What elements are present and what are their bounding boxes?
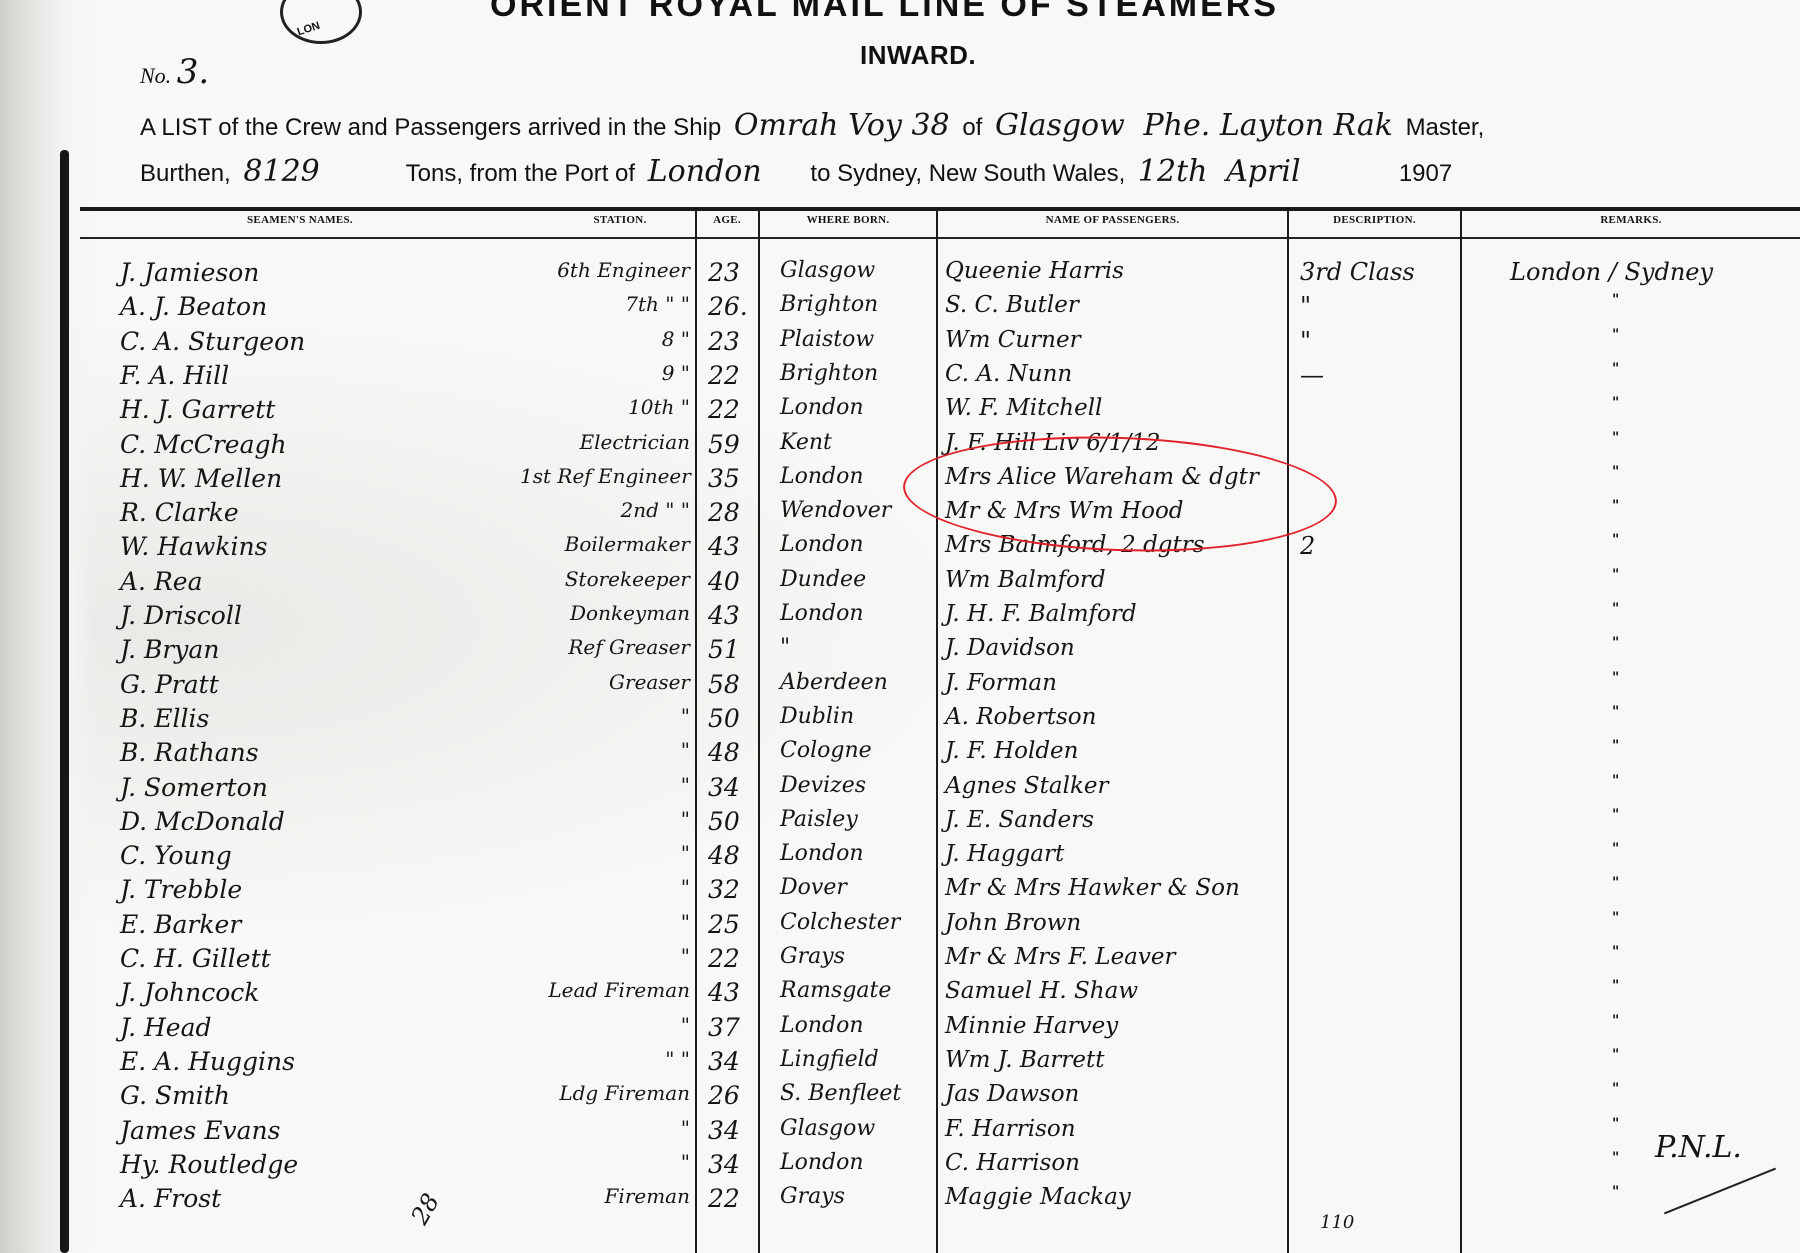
passenger-name-cell: Agnes Stalker [945,773,1108,799]
birthplace-cell: Brighton [780,361,878,386]
age-cell: 50 [708,704,740,733]
table-row: A. FrostFireman22GraysMaggie Mackay" [0,1184,1800,1216]
remarks-cell: " [1612,875,1619,891]
col-header-description: DESCRIPTION. [1289,214,1460,226]
station-cell: Fireman [520,1184,690,1208]
passenger-name-cell: A. Robertson [945,704,1096,730]
master-name: Phe. Layton Rak [1137,108,1398,143]
seaman-name-cell: James Evans [120,1116,280,1145]
seaman-name-cell: W. Hawkins [120,532,267,561]
age-cell: 34 [708,1150,740,1179]
age-cell: 50 [708,807,740,836]
seaman-name-cell: J. Trebble [120,875,242,904]
passenger-name-cell: Wm J. Barrett [945,1047,1105,1073]
direction-heading: INWARD. [860,40,976,71]
age-cell: 25 [708,910,740,939]
birthplace-cell: Glasgow [780,258,875,283]
col-header-station: STATION. [560,214,680,226]
seaman-name-cell: R. Clarke [120,498,239,527]
title-line-2: Burthen, 8129 Tons, from the Port of Lon… [140,154,1452,189]
seaman-name-cell: H. J. Garrett [120,395,275,424]
birthplace-cell: London [780,532,864,557]
table-row: H. W. Mellen1st Ref Engineer35LondonMrs … [0,464,1800,496]
remarks-cell: " [1612,601,1619,617]
birthplace-cell: London [780,601,864,626]
table-row: C. H. Gillett"22GraysMr & Mrs F. Leaver" [0,944,1800,976]
age-cell: 26. [708,292,748,321]
birthplace-cell: Ramsgate [780,978,891,1003]
col-header-passengers: NAME OF PASSENGERS. [938,214,1287,226]
age-cell: 43 [708,601,740,630]
remarks-cell: " [1612,807,1619,823]
passenger-name-cell: John Brown [945,910,1081,936]
passenger-name-cell: Minnie Harvey [945,1013,1118,1039]
age-cell: 28 [708,498,740,527]
remarks-cell: London / Sydney [1510,258,1713,286]
age-cell: 48 [708,738,740,767]
stamp-text: LON [296,20,322,39]
remarks-cell: " [1612,1081,1619,1097]
birthplace-cell: Lingfield [780,1047,879,1072]
age-cell: 51 [708,635,740,664]
passenger-name-cell: C. Harrison [945,1150,1080,1176]
seaman-name-cell: H. W. Mellen [120,464,282,493]
birthplace-cell: Cologne [780,738,872,763]
header-bottom-rule [80,237,1800,239]
number-label: No. [140,63,171,88]
table-row: R. Clarke2nd " "28WendoverMr & Mrs Wm Ho… [0,498,1800,530]
remarks-cell: " [1612,567,1619,583]
station-cell: " [520,1116,690,1140]
ship-name: Omrah Voy 38 [728,108,956,143]
passenger-name-cell: J. F. Holden [945,738,1078,764]
seaman-name-cell: B. Ellis [120,704,209,733]
birthplace-cell: Devizes [780,773,866,798]
remarks-cell: " [1612,430,1619,446]
station-cell: Electrician [520,430,690,454]
age-cell: 48 [708,841,740,870]
age-cell: 22 [708,1184,740,1213]
table-row: C. A. Sturgeon8 "23PlaistowWm Curner"" [0,327,1800,359]
table-row: J. Trebble"32DoverMr & Mrs Hawker & Son" [0,875,1800,907]
description-cell: 2 [1300,532,1315,560]
remarks-cell: " [1612,978,1619,994]
station-cell: " [520,910,690,934]
year: 1907 [1399,160,1452,187]
seaman-name-cell: A. Rea [120,567,202,596]
table-row: G. SmithLdg Fireman26S. BenfleetJas Daws… [0,1081,1800,1113]
birthplace-cell: Plaistow [780,327,874,352]
table-row: James Evans"34GlasgowF. Harrison" [0,1116,1800,1148]
table-row: C. Young"48LondonJ. Haggart" [0,841,1800,873]
seaman-name-cell: C. Young [120,841,232,870]
birthplace-cell: Dundee [780,567,866,592]
passenger-count-note: 110 [1320,1212,1354,1233]
passenger-name-cell: J. Haggart [945,841,1064,867]
remarks-cell: " [1612,498,1619,514]
seaman-name-cell: F. A. Hill [120,361,229,390]
remarks-cell: " [1612,464,1619,480]
remarks-cell: " [1612,1047,1619,1063]
birthplace-cell: Glasgow [780,1116,875,1141]
table-row: E. A. Huggins" "34LingfieldWm J. Barrett… [0,1047,1800,1079]
seaman-name-cell: D. McDonald [120,807,285,836]
birthplace-cell: " [780,635,790,660]
station-cell: " [520,704,690,728]
birthplace-cell: Wendover [780,498,891,523]
description-cell: " [1300,327,1311,355]
birthplace-cell: London [780,1013,864,1038]
station-cell: " [520,944,690,968]
signature-initials: P.N.L. [1655,1130,1742,1165]
passenger-name-cell: J. H. F. Balmford [945,601,1137,627]
age-cell: 34 [708,773,740,802]
office-stamp: LON [280,0,362,44]
age-cell: 58 [708,670,740,699]
remarks-cell: " [1612,361,1619,377]
remarks-cell: " [1612,1013,1619,1029]
remarks-cell: " [1612,327,1619,343]
station-cell: 7th " " [520,292,690,316]
age-cell: 37 [708,1013,740,1042]
seaman-name-cell: J. Jamieson [120,258,259,287]
birthplace-cell: Aberdeen [780,670,888,695]
seaman-name-cell: A. J. Beaton [120,292,267,321]
description-cell: 3rd Class [1300,258,1415,286]
of-label: of [962,114,982,141]
date-day: 12th [1132,154,1214,189]
birthplace-cell: S. Benfleet [780,1081,901,1106]
station-cell: Greaser [520,670,690,694]
remarks-cell: " [1612,635,1619,651]
seaman-name-cell: C. McCreagh [120,430,287,459]
table-row: W. HawkinsBoilermaker43LondonMrs Balmfor… [0,532,1800,564]
age-cell: 40 [708,567,740,596]
station-cell: 1st Ref Engineer [520,464,690,488]
station-cell: " [520,738,690,762]
birthplace-cell: Paisley [780,807,858,832]
remarks-cell: " [1612,1116,1619,1132]
passenger-name-cell: Samuel H. Shaw [945,978,1138,1004]
description-cell: — [1300,361,1324,389]
birthplace-cell: Grays [780,944,845,969]
station-cell: " " [520,1047,690,1071]
remarks-cell: " [1612,292,1619,308]
station-cell: Boilermaker [520,532,690,556]
station-cell: 8 " [520,327,690,351]
burthen-label: Burthen, [140,160,231,187]
table-row: J. Jamieson6th Engineer23GlasgowQueenie … [0,258,1800,290]
birthplace-cell: London [780,464,864,489]
remarks-cell: " [1612,670,1619,686]
seaman-name-cell: J. Bryan [120,635,219,664]
passenger-name-cell: J. Forman [945,670,1057,696]
station-cell: 9 " [520,361,690,385]
table-row: E. Barker"25ColchesterJohn Brown" [0,910,1800,942]
age-cell: 43 [708,532,740,561]
birthplace-cell: Dublin [780,704,854,729]
age-cell: 59 [708,430,740,459]
title-prefix: A LIST of the Crew and Passengers arrive… [140,114,721,141]
birthplace-cell: Grays [780,1184,845,1209]
station-cell: " [520,875,690,899]
remarks-cell: " [1612,944,1619,960]
seaman-name-cell: J. Driscoll [120,601,242,630]
age-cell: 43 [708,978,740,1007]
burthen-value: 8129 [237,154,399,189]
age-cell: 35 [708,464,740,493]
age-cell: 34 [708,1047,740,1076]
station-cell: " [520,1150,690,1174]
table-row: J. Somerton"34DevizesAgnes Stalker" [0,773,1800,805]
station-cell: Storekeeper [520,567,690,591]
passenger-name-cell: W. F. Mitchell [945,395,1102,421]
port-of-registry: Glasgow [989,108,1131,143]
table-row: J. Head"37LondonMinnie Harvey" [0,1013,1800,1045]
table-row: Hy. Routledge"34LondonC. Harrison" [0,1150,1800,1182]
table-row: B. Rathans"48CologneJ. F. Holden" [0,738,1800,770]
remarks-cell: " [1612,910,1619,926]
seaman-name-cell: C. A. Sturgeon [120,327,305,356]
age-cell: 22 [708,944,740,973]
table-top-rule [80,207,1800,211]
col-header-born: WHERE BORN. [760,214,936,226]
col-header-remarks: REMARKS. [1462,214,1800,226]
birthplace-cell: London [780,395,864,420]
seaman-name-cell: B. Rathans [120,738,259,767]
manifest-page: LON ORIENT ROYAL MAIL LINE OF STEAMERS I… [0,0,1800,1253]
passenger-name-cell: Jas Dawson [945,1081,1079,1107]
date-month: April [1220,154,1392,189]
age-cell: 34 [708,1116,740,1145]
destination-text: to Sydney, New South Wales, [810,160,1125,187]
seaman-name-cell: Hy. Routledge [120,1150,298,1179]
table-row: A. ReaStorekeeper40DundeeWm Balmford" [0,567,1800,599]
passenger-name-cell: Queenie Harris [945,258,1124,284]
age-cell: 23 [708,258,740,287]
passenger-name-cell: Wm Balmford [945,567,1106,593]
station-cell: Donkeyman [520,601,690,625]
table-row: D. McDonald"50PaisleyJ. E. Sanders" [0,807,1800,839]
table-row: F. A. Hill9 "22BrightonC. A. Nunn—" [0,361,1800,393]
remarks-cell: " [1612,395,1619,411]
remarks-cell: " [1612,532,1619,548]
age-cell: 22 [708,361,740,390]
passenger-name-cell: S. C. Butler [945,292,1079,318]
age-cell: 26 [708,1081,740,1110]
table-row: J. DriscollDonkeyman43LondonJ. H. F. Bal… [0,601,1800,633]
birthplace-cell: Brighton [780,292,878,317]
station-cell: " [520,773,690,797]
table-row: H. J. Garrett10th "22LondonW. F. Mitchel… [0,395,1800,427]
passenger-name-cell: F. Harrison [945,1116,1076,1142]
col-header-seamen: SEAMEN'S NAMES. [200,214,400,226]
passenger-name-cell: Wm Curner [945,327,1081,353]
seaman-name-cell: J. Johncock [120,978,259,1007]
from-port: London [642,154,804,189]
table-row: J. BryanRef Greaser51"J. Davidson" [0,635,1800,667]
age-cell: 23 [708,327,740,356]
passenger-name-cell: Maggie Mackay [945,1184,1131,1210]
station-cell: Lead Fireman [520,978,690,1002]
table-row: B. Ellis"50DublinA. Robertson" [0,704,1800,736]
col-header-age: AGE. [697,214,757,226]
station-cell: " [520,841,690,865]
remarks-cell: " [1612,841,1619,857]
birthplace-cell: Kent [780,430,832,455]
seaman-name-cell: G. Smith [120,1081,230,1110]
remarks-cell: " [1612,704,1619,720]
station-cell: " [520,807,690,831]
passenger-name-cell: J. E. Sanders [945,807,1094,833]
passenger-name-cell: C. A. Nunn [945,361,1072,387]
age-cell: 32 [708,875,740,904]
number-value: 3. [177,52,209,92]
tons-label: Tons, from the Port of [406,160,635,187]
station-cell: 6th Engineer [520,258,690,282]
birthplace-cell: Colchester [780,910,900,935]
passenger-name-cell: Mr & Mrs Hawker & Son [945,875,1240,901]
master-label: Master, [1406,114,1485,141]
birthplace-cell: Dover [780,875,847,900]
company-banner: ORIENT ROYAL MAIL LINE OF STEAMERS [490,0,1279,25]
table-row: J. JohncockLead Fireman43RamsgateSamuel … [0,978,1800,1010]
description-cell: " [1300,292,1311,320]
station-cell: 2nd " " [520,498,690,522]
seaman-name-cell: J. Head [120,1013,211,1042]
list-number: No. 3. [140,52,209,92]
remarks-cell: " [1612,1184,1619,1200]
passenger-name-cell: J. Davidson [945,635,1075,661]
table-row: G. PrattGreaser58AberdeenJ. Forman" [0,670,1800,702]
table-row: A. J. Beaton7th " "26.BrightonS. C. Butl… [0,292,1800,324]
seaman-name-cell: G. Pratt [120,670,219,699]
seaman-name-cell: A. Frost [120,1184,221,1213]
birthplace-cell: London [780,1150,864,1175]
passenger-name-cell: Mr & Mrs F. Leaver [945,944,1176,970]
remarks-cell: " [1612,773,1619,789]
seaman-name-cell: E. A. Huggins [120,1047,295,1076]
table-row: C. McCreaghElectrician59KentJ. F. Hill L… [0,430,1800,462]
remarks-cell: " [1612,1150,1619,1166]
station-cell: Ldg Fireman [520,1081,690,1105]
age-cell: 22 [708,395,740,424]
title-line-1: A LIST of the Crew and Passengers arrive… [140,108,1484,143]
birthplace-cell: London [780,841,864,866]
seaman-name-cell: E. Barker [120,910,241,939]
remarks-cell: " [1612,738,1619,754]
station-cell: 10th " [520,395,690,419]
station-cell: " [520,1013,690,1037]
seaman-name-cell: C. H. Gillett [120,944,271,973]
station-cell: Ref Greaser [520,635,690,659]
seaman-name-cell: J. Somerton [120,773,268,802]
